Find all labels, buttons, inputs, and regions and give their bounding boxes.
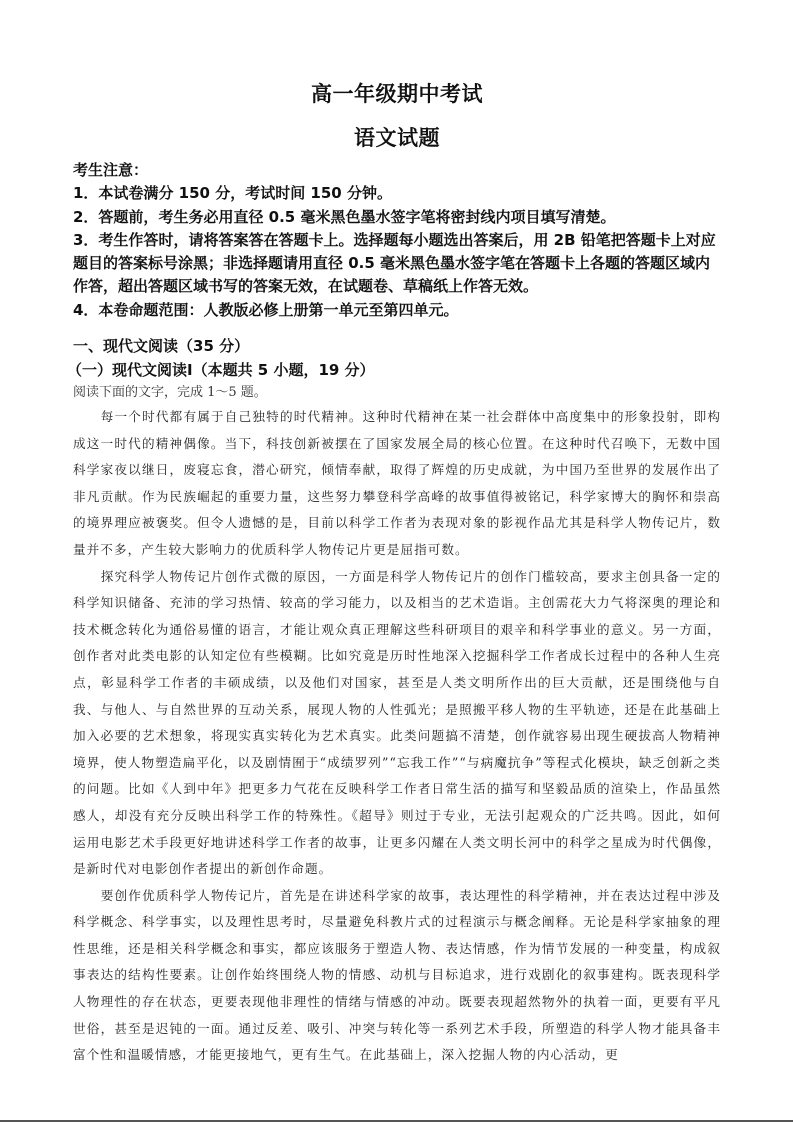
notice-heading: 考生注意： (73, 159, 725, 182)
exam-subtitle: 语文试题 (73, 122, 721, 152)
reading-passage: 每一个时代都有属于自己独特的时代精神。这种时代精神在某一社会群体中高度集中的形象… (73, 404, 721, 1069)
notice-item-4: 4．本卷命题范围：人教版必修上册第一单元至第四单元。 (73, 299, 725, 322)
passage-paragraph-1: 每一个时代都有属于自己独特的时代精神。这种时代精神在某一社会群体中高度集中的形象… (73, 404, 721, 564)
reading-instruction: 阅读下面的文字，完成 1～5 题。 (73, 382, 267, 404)
notice-item-3: 3．考生作答时，请将答案答在答题卡上。选择题每小题选出答案后，用 2B 铅笔把答… (73, 229, 725, 299)
exam-title: 高一年级期中考试 (73, 78, 721, 108)
section-heading: 一、现代文阅读（35 分） (73, 334, 721, 358)
section-header: 一、现代文阅读（35 分） （一）现代文阅读Ⅰ（本题共 5 小题，19 分） (73, 334, 721, 382)
notice-item-2: 2．答题前，考生务必用直径 0.5 毫米黑色墨水签字笔将密封线内项目填写清楚。 (73, 206, 725, 229)
section-subheading: （一）现代文阅读Ⅰ（本题共 5 小题，19 分） (67, 358, 721, 382)
passage-paragraph-2: 探究科学人物传记片创作式微的原因，一方面是科学人物传记片的创作门槛较高，要求主创… (73, 564, 721, 883)
candidate-notice: 考生注意： 1．本试卷满分 150 分，考试时间 150 分钟。 2．答题前，考… (73, 159, 725, 322)
notice-item-1: 1．本试卷满分 150 分，考试时间 150 分钟。 (73, 182, 725, 205)
passage-paragraph-3: 要创作优质科学人物传记片，首先是在讲述科学家的故事，表达理性的科学精神，并在表达… (73, 883, 721, 1069)
